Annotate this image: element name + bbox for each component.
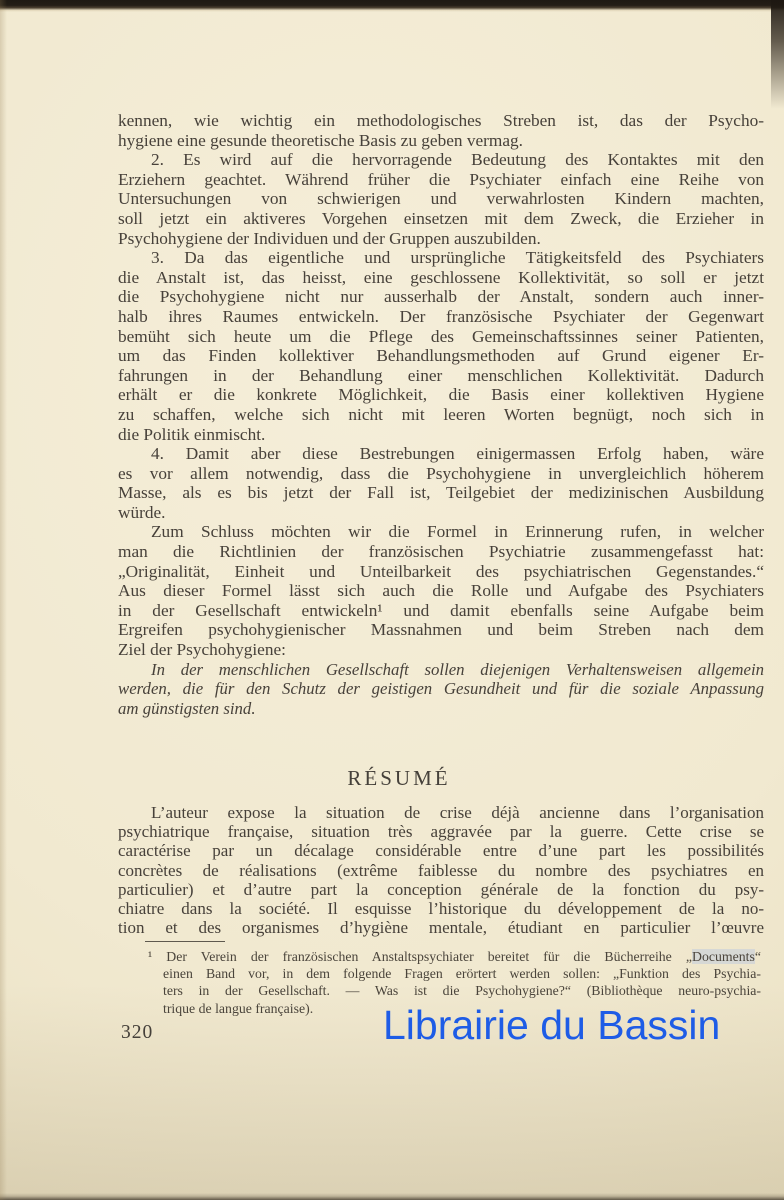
text-line: die Anstalt ist, das heisst, eine geschl… bbox=[118, 268, 764, 288]
text-line: die Psychohygiene nicht nur ausserhalb d… bbox=[118, 287, 764, 307]
page-number: 320 bbox=[121, 1022, 153, 1044]
page-edge-shadow-right bbox=[771, 0, 784, 118]
german-body-text: kennen, wie wichtig ein methodologisches… bbox=[118, 111, 764, 718]
text-line: Aus dieser Formel lässt sich auch die Ro… bbox=[118, 581, 764, 601]
text-line: einen Band vor, in dem folgende Fragen e… bbox=[163, 965, 761, 982]
text-line: L’auteur expose la situation de crise dé… bbox=[118, 803, 764, 822]
text-line: 2. Es wird auf die hervorragende Bedeutu… bbox=[118, 150, 764, 170]
text-line: Masse, als es bis jetzt der Fall ist, Te… bbox=[118, 483, 764, 503]
text-line: in der Gesellschaft entwickeln¹ und dami… bbox=[118, 601, 764, 621]
text-line: würde. bbox=[118, 503, 764, 523]
text-line: Zum Schluss möchten wir die Formel in Er… bbox=[118, 522, 764, 542]
text-line: Erziehern geachtet. Während früher die P… bbox=[118, 170, 764, 190]
text-line: In der menschlichen Gesellschaft sollen … bbox=[118, 660, 764, 680]
text-line: man die Richtlinien der französischen Ps… bbox=[118, 542, 764, 562]
text-line: „Originalität, Einheit und Unteilbarkeit… bbox=[118, 562, 764, 582]
text-line: 3. Da das eigentliche und ursprüngliche … bbox=[118, 248, 764, 268]
text-line: die Politik einmischt. bbox=[118, 425, 764, 445]
text-line: Ziel der Psychohygiene: bbox=[118, 640, 764, 660]
bookseller-watermark: Librairie du Bassin bbox=[383, 1002, 720, 1049]
text-line: Untersuchungen von schwierigen und verwa… bbox=[118, 189, 764, 209]
text-line: Psychohygiene der Individuen und der Gru… bbox=[118, 229, 764, 249]
text-line: kennen, wie wichtig ein methodologisches… bbox=[118, 111, 764, 131]
text-line: ters in der Gesellschaft. — Was ist die … bbox=[163, 982, 761, 999]
text-line: am günstigsten sind. bbox=[118, 699, 764, 719]
text-line: caractérise par un décalage considérable… bbox=[118, 841, 764, 860]
text-line: bemüht sich heute um die Pflege des Geme… bbox=[118, 327, 764, 347]
text-line: 4. Damit aber diese Bestrebungen einiger… bbox=[118, 444, 764, 464]
page-edge-shadow-bottom bbox=[0, 1193, 784, 1200]
text-line: um das Finden kollektiver Behandlungsmet… bbox=[118, 346, 764, 366]
text-line: werden, die für den Schutz der geistigen… bbox=[118, 679, 764, 699]
text-line: fahrungen in der Behandlung einer mensch… bbox=[118, 366, 764, 386]
resume-heading: RÉSUMÉ bbox=[76, 766, 722, 791]
text-line: psychiatrique française, situation très … bbox=[118, 822, 764, 841]
text-line: halb ihres Raumes entwickeln. Der franzö… bbox=[118, 307, 764, 327]
page-edge-shadow-left bbox=[0, 0, 7, 1200]
text-line: zu schaffen, welche sich nicht mit leere… bbox=[118, 405, 764, 425]
text-line: tion et des organismes d’hygiène mentale… bbox=[118, 918, 764, 937]
text-line: ¹ Der Verein der französischen Anstaltsp… bbox=[163, 948, 761, 965]
highlighted-word: Documents bbox=[692, 949, 755, 964]
page-edge-shadow-top bbox=[0, 0, 784, 12]
text-line: particulier) et d’autre part la concepti… bbox=[118, 880, 764, 899]
text-line: Ergreifen psychohygienischer Massnahmen … bbox=[118, 620, 764, 640]
resume-paragraph: L’auteur expose la situation de crise dé… bbox=[118, 803, 764, 937]
text-line: concrètes de réalisations (extrême faibl… bbox=[118, 861, 764, 880]
text-line: chiatre dans la société. Il esquisse l’h… bbox=[118, 899, 764, 918]
scanned-book-page: kennen, wie wichtig ein methodologisches… bbox=[0, 0, 784, 1200]
text-line: es vor allem notwendig, dass die Psychoh… bbox=[118, 464, 764, 484]
text-line: erhält er die konkrete Möglichkeit, die … bbox=[118, 385, 764, 405]
text-line: soll jetzt ein aktiveres Vorgehen einset… bbox=[118, 209, 764, 229]
footnote-rule bbox=[145, 941, 225, 942]
text-line: hygiene eine gesunde theoretische Basis … bbox=[118, 131, 764, 151]
